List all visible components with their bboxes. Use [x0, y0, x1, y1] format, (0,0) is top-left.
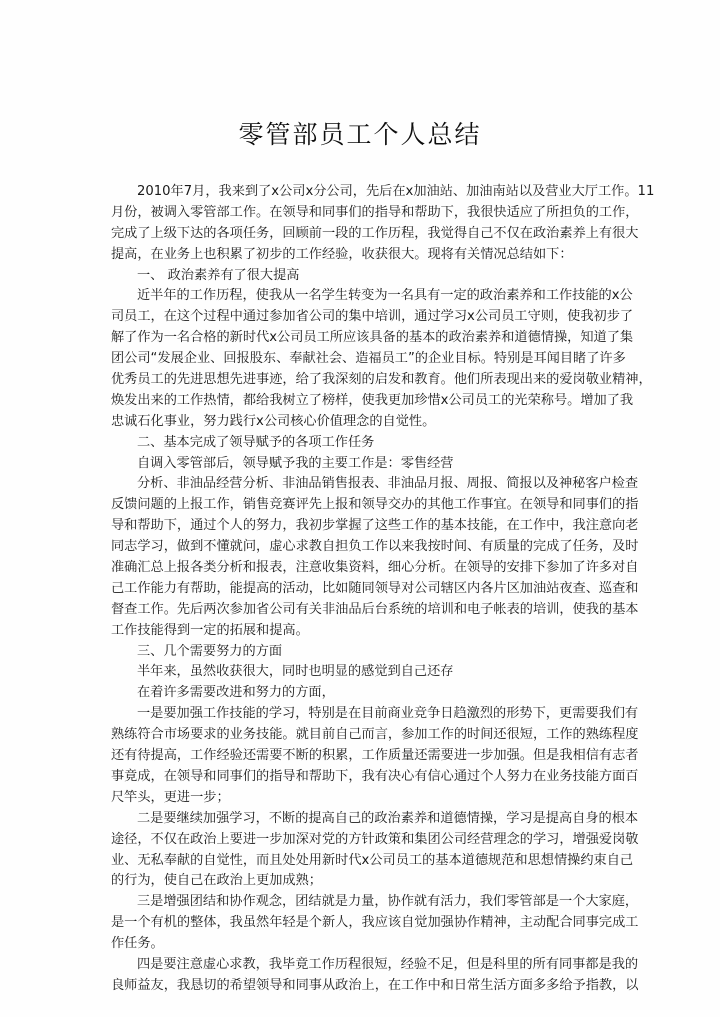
- paragraph-line: 熟练符合市场要求的业务技能。就目前自己而言，参加工作的时间还很短，工作的熟练程度: [111, 725, 614, 746]
- paragraph-line: 分析、非油品经营分析、非油品销售报表、非油品月报、周报、简报以及神秘客户检查: [111, 474, 614, 495]
- paragraph-line: 同志学习，做到不懂就问，虚心求教自担负工作以来我按时间、有质量的完成了任务，及时: [111, 537, 614, 558]
- paragraph-line: 月份，被调入零管部工作。在领导和同事们的指导和帮助下，我很快适应了所担负的工作，: [111, 203, 614, 224]
- paragraph-line: 督查工作。先后两次参加省公司有关非油品后台系统的培训和电子帐表的培训，使我的基本: [111, 600, 614, 621]
- paragraph-line: 忠诚石化事业，努力践行x公司核心价值理念的自觉性。: [111, 412, 614, 433]
- paragraph-line: 是一个有机的整体，我虽然年轻是个新人，我应该自觉加强协作精神，主动配合同事完成工: [111, 913, 614, 934]
- paragraph-line: 解了作为一名合格的新时代x公司员工所应该具备的基本的政治素养和道德情操，知道了集: [111, 328, 614, 349]
- paragraph-line: 完成了上级下达的各项任务，回顾前一段的工作历程，我觉得自己不仅在政治素养上有很大: [111, 224, 614, 245]
- paragraph-line: 导和帮助下，通过个人的努力，我初步掌握了这些工作的基本技能，在工作中，我注意向老: [111, 516, 614, 537]
- paragraph-line: 还有待提高，工作经验还需要不断的积累，工作质量还需要进一步加强。但是我相信有志者: [111, 746, 614, 767]
- paragraph-line: 一是要加强工作技能的学习，特别是在目前商业竞争日趋激烈的形势下，更需要我们有: [111, 704, 614, 725]
- document-body: 2010年7月，我来到了x公司x分公司，先后在x加油站、加油南站以及营业大厅工作…: [111, 182, 614, 997]
- paragraph-line: 良师益友，我恳切的希望领导和同事从政治上，在工作中和日常生活方面多多给予指教，以: [111, 976, 614, 997]
- paragraph-line: 四是要注意虚心求教，我毕竟工作历程很短，经验不足，但是科里的所有同事都是我的: [111, 955, 614, 976]
- paragraph-line: 优秀员工的先进思想先进事迹，给了我深刻的启发和教育。他们所表现出来的爱岗敬业精神…: [111, 370, 614, 391]
- paragraph-line: 三、几个需要努力的方面: [111, 642, 614, 663]
- paragraph-line: 准确汇总上报各类分析和报表，注意收集资料，细心分析。在领导的安排下参加了许多对自: [111, 558, 614, 579]
- paragraph-line: 一、 政治素养有了很大提高: [111, 266, 614, 287]
- paragraph-line: 自调入零管部后，领导赋予我的主要工作是：零售经营: [111, 454, 614, 475]
- paragraph-line: 团公司“发展企业、回报股东、奉献社会、造福员工”的企业目标。特别是耳闻目睹了许多: [111, 349, 614, 370]
- paragraph-line: 的行为，使自己在政治上更加成熟；: [111, 871, 614, 892]
- paragraph-line: 近半年的工作历程，使我从一名学生转变为一名具有一定的政治素养和工作技能的x公: [111, 286, 614, 307]
- paragraph-line: 作任务。: [111, 934, 614, 955]
- document-page: 零管部员工个人总结 2010年7月，我来到了x公司x分公司，先后在x加油站、加油…: [0, 0, 720, 1017]
- paragraph-line: 焕发出来的工作热情，都给我树立了榜样，使我更加珍惜x公司员工的光荣称号。增加了我: [111, 391, 614, 412]
- paragraph-line: 反馈问题的上报工作，销售竞赛评先上报和领导交办的其他工作事宜。在领导和同事们的指: [111, 495, 614, 516]
- paragraph-line: 2010年7月，我来到了x公司x分公司，先后在x加油站、加油南站以及营业大厅工作…: [111, 182, 614, 203]
- paragraph-line: 二是要继续加强学习，不断的提高自己的政治素养和道德情操，学习是提高自身的根本: [111, 809, 614, 830]
- paragraph-line: 事竟成，在领导和同事们的指导和帮助下，我有决心有信心通过个人努力在业务技能方面百: [111, 767, 614, 788]
- document-title: 零管部员工个人总结: [0, 118, 720, 152]
- paragraph-line: 工作技能得到一定的拓展和提高。: [111, 621, 614, 642]
- paragraph-line: 三是增强团结和协作观念，团结就是力量，协作就有活力，我们零管部是一个大家庭，: [111, 892, 614, 913]
- paragraph-line: 提高，在业务上也积累了初步的工作经验，收获很大。现将有关情况总结如下：: [111, 245, 614, 266]
- paragraph-line: 司员工，在这个过程中通过参加省公司的集中培训，通过学习x公司员工守则，使我初步了: [111, 307, 614, 328]
- paragraph-line: 尺竿头，更进一步；: [111, 788, 614, 809]
- paragraph-line: 半年来，虽然收获很大，同时也明显的感觉到自己还存: [111, 662, 614, 683]
- paragraph-line: 己工作能力有帮助，能提高的活动，比如随同领导对公司辖区内各片区加油站夜查、巡查和: [111, 579, 614, 600]
- paragraph-line: 二、基本完成了领导赋予的各项工作任务: [111, 433, 614, 454]
- paragraph-line: 在着许多需要改进和努力的方面，: [111, 683, 614, 704]
- paragraph-line: 业、无私奉献的自觉性，而且处处用新时代x公司员工的基本道德规范和思想情操约束自己: [111, 851, 614, 872]
- paragraph-line: 途径，不仅在政治上要进一步加深对党的方针政策和集团公司经营理念的学习，增强爱岗敬: [111, 830, 614, 851]
